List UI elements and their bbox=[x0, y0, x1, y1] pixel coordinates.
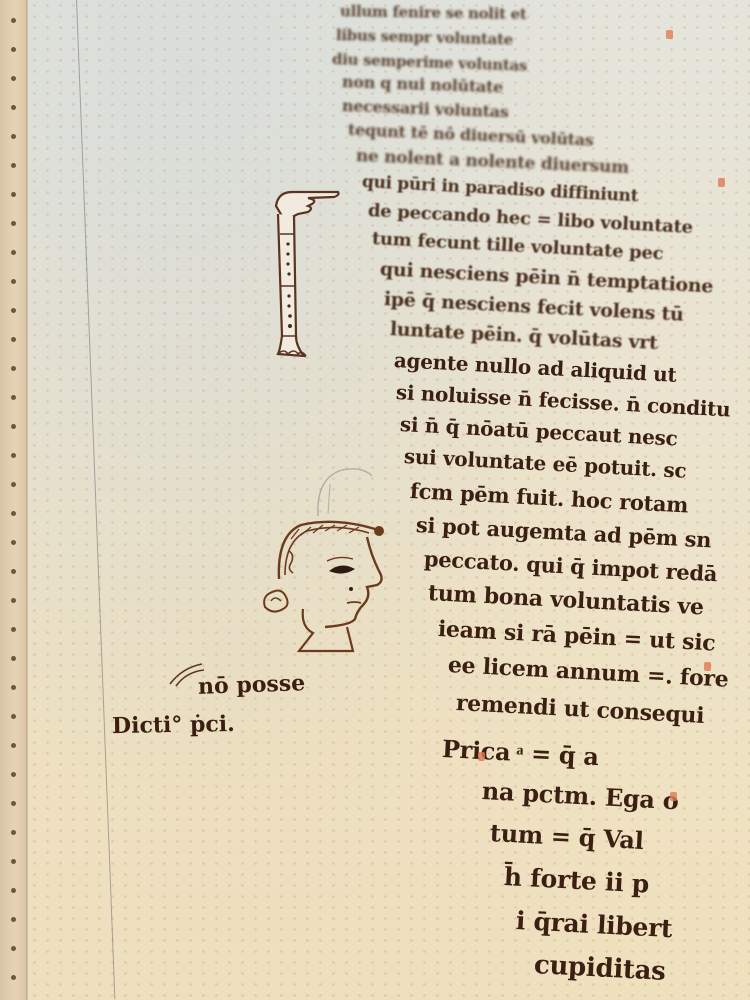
text-line: libus sempr voluntate bbox=[336, 26, 513, 49]
stitch-hole bbox=[11, 743, 16, 748]
stitch-hole bbox=[11, 192, 16, 197]
stitch-hole bbox=[11, 279, 16, 284]
profile-face-drawing bbox=[255, 515, 395, 665]
stitch-hole bbox=[11, 221, 16, 226]
text-line: si n̄ q̄ nōatū peccaut nesc bbox=[399, 412, 678, 451]
stitch-hole bbox=[11, 105, 16, 110]
stitch-hole bbox=[11, 801, 16, 806]
stitch-hole bbox=[11, 76, 16, 81]
stitch-hole bbox=[11, 18, 16, 23]
stitch-hole bbox=[11, 888, 16, 893]
stitch-hole bbox=[11, 482, 16, 487]
rubric-mark bbox=[478, 752, 485, 761]
stitch-hole bbox=[11, 337, 16, 342]
text-line: h̄ forte ii p bbox=[503, 862, 650, 899]
stitch-hole bbox=[11, 366, 16, 371]
stitch-hole bbox=[11, 772, 16, 777]
stitch-hole bbox=[11, 47, 16, 52]
text-line: cupiditas bbox=[533, 950, 666, 987]
stitch-hole bbox=[11, 656, 16, 661]
text-line: luntate pēin. q̄ volūtas vrt bbox=[389, 318, 658, 354]
faint-sketch bbox=[312, 458, 382, 518]
stitch-hole bbox=[11, 830, 16, 835]
stitch-hole bbox=[11, 250, 16, 255]
text-column: ullum fenire se nolit et libus sempr vol… bbox=[330, 0, 750, 1000]
marginal-note-line-1: nō posse bbox=[198, 670, 306, 700]
text-line: agente nullo ad aliquid ut bbox=[393, 348, 677, 387]
text-line: tum bona voluntatis ve bbox=[427, 580, 704, 620]
stitch-hole bbox=[11, 569, 16, 574]
text-line: si pot augemta ad pēm sn bbox=[415, 512, 712, 552]
rubric-mark bbox=[666, 30, 673, 39]
stitch-hole bbox=[11, 163, 16, 168]
stitch-hole bbox=[11, 308, 16, 313]
stitch-hole bbox=[11, 859, 16, 864]
stitch-hole bbox=[11, 395, 16, 400]
manuscript-photo: ullum fenire se nolit et libus sempr vol… bbox=[0, 0, 750, 1000]
text-line: peccato. qui q̄ impot redā bbox=[423, 546, 717, 586]
text-line: tequnt tē nō diuersū volūtas bbox=[348, 120, 594, 150]
stitch-hole bbox=[11, 627, 16, 632]
rubric-mark bbox=[704, 662, 711, 671]
stitch-hole bbox=[11, 134, 16, 139]
text-line: i q̄rai libert bbox=[515, 906, 673, 943]
stitch-hole bbox=[11, 598, 16, 603]
text-line: diu semperime voluntas bbox=[332, 50, 528, 75]
text-line: ullum fenire se nolit et bbox=[340, 2, 527, 23]
marginal-note-line-2: Dicti° ṗci. bbox=[112, 711, 235, 739]
stitch-hole bbox=[11, 453, 16, 458]
text-line: na pctm. Ega o bbox=[481, 776, 679, 815]
text-line: sui voluntate eē potuit. sc bbox=[403, 444, 687, 483]
rubric-mark bbox=[670, 792, 677, 801]
stitch-hole bbox=[11, 685, 16, 690]
manicule-icon bbox=[268, 186, 348, 366]
stitch-hole bbox=[11, 917, 16, 922]
text-line: tum = q̄ Val bbox=[489, 818, 644, 855]
rubric-mark bbox=[718, 178, 725, 187]
stitch-hole bbox=[11, 946, 16, 951]
text-line: necessarii voluntas bbox=[342, 96, 509, 121]
text-line: ieam si rā pēin = ut sic bbox=[437, 616, 716, 656]
stitch-hole bbox=[11, 975, 16, 980]
text-line: fcm pēm fuit. hoc rotam bbox=[409, 478, 689, 518]
stitch-hole bbox=[11, 511, 16, 516]
binding-strip bbox=[0, 0, 28, 1000]
stitch-hole bbox=[11, 714, 16, 719]
text-line: ee licem annum =. fore bbox=[447, 652, 729, 693]
text-line: remendi ut consequi bbox=[455, 690, 705, 729]
text-line: non q nui nolūtate bbox=[342, 72, 504, 97]
stitch-hole bbox=[11, 424, 16, 429]
text-line: Prica ͣ = q̄ a bbox=[441, 734, 599, 772]
stitch-hole bbox=[11, 540, 16, 545]
